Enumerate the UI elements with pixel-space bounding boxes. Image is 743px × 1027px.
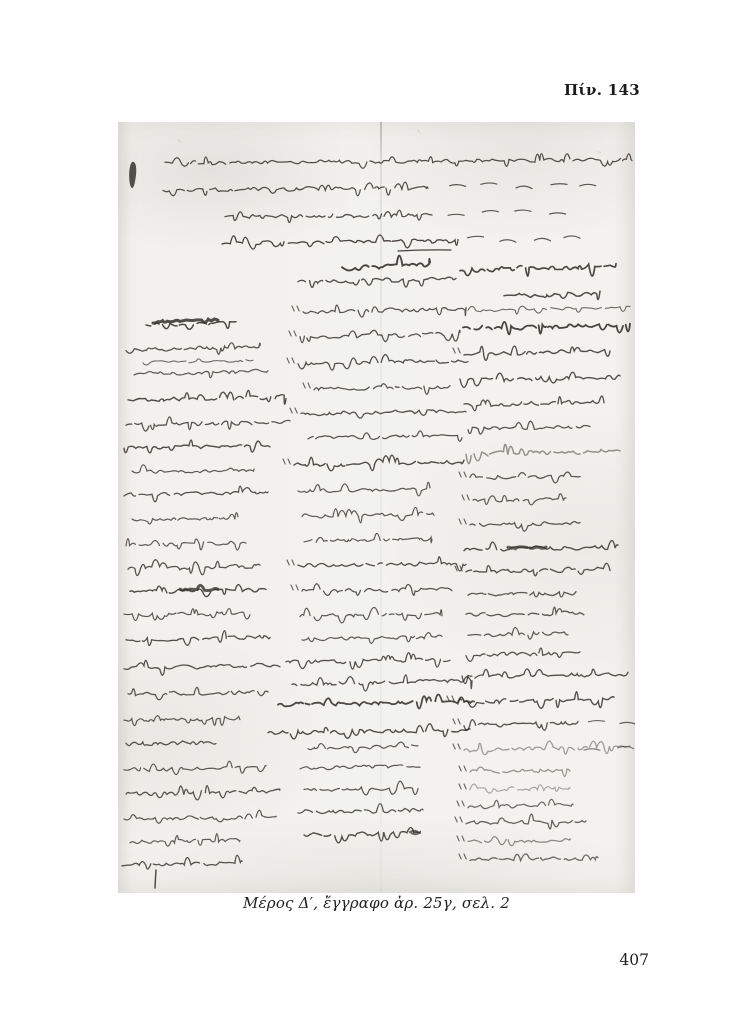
book-page: Πίν. 143 Μέρος Δ′, ἔγγραφο ἀρ. 25γ, σελ.…	[0, 0, 743, 1027]
plate-label: Πίν. 143	[564, 81, 640, 99]
manuscript-scan	[118, 122, 635, 893]
page-number: 407	[619, 951, 649, 969]
handwriting-ink	[118, 122, 635, 893]
figure-caption: Μέρος Δ′, ἔγγραφο ἀρ. 25γ, σελ. 2	[118, 894, 635, 912]
